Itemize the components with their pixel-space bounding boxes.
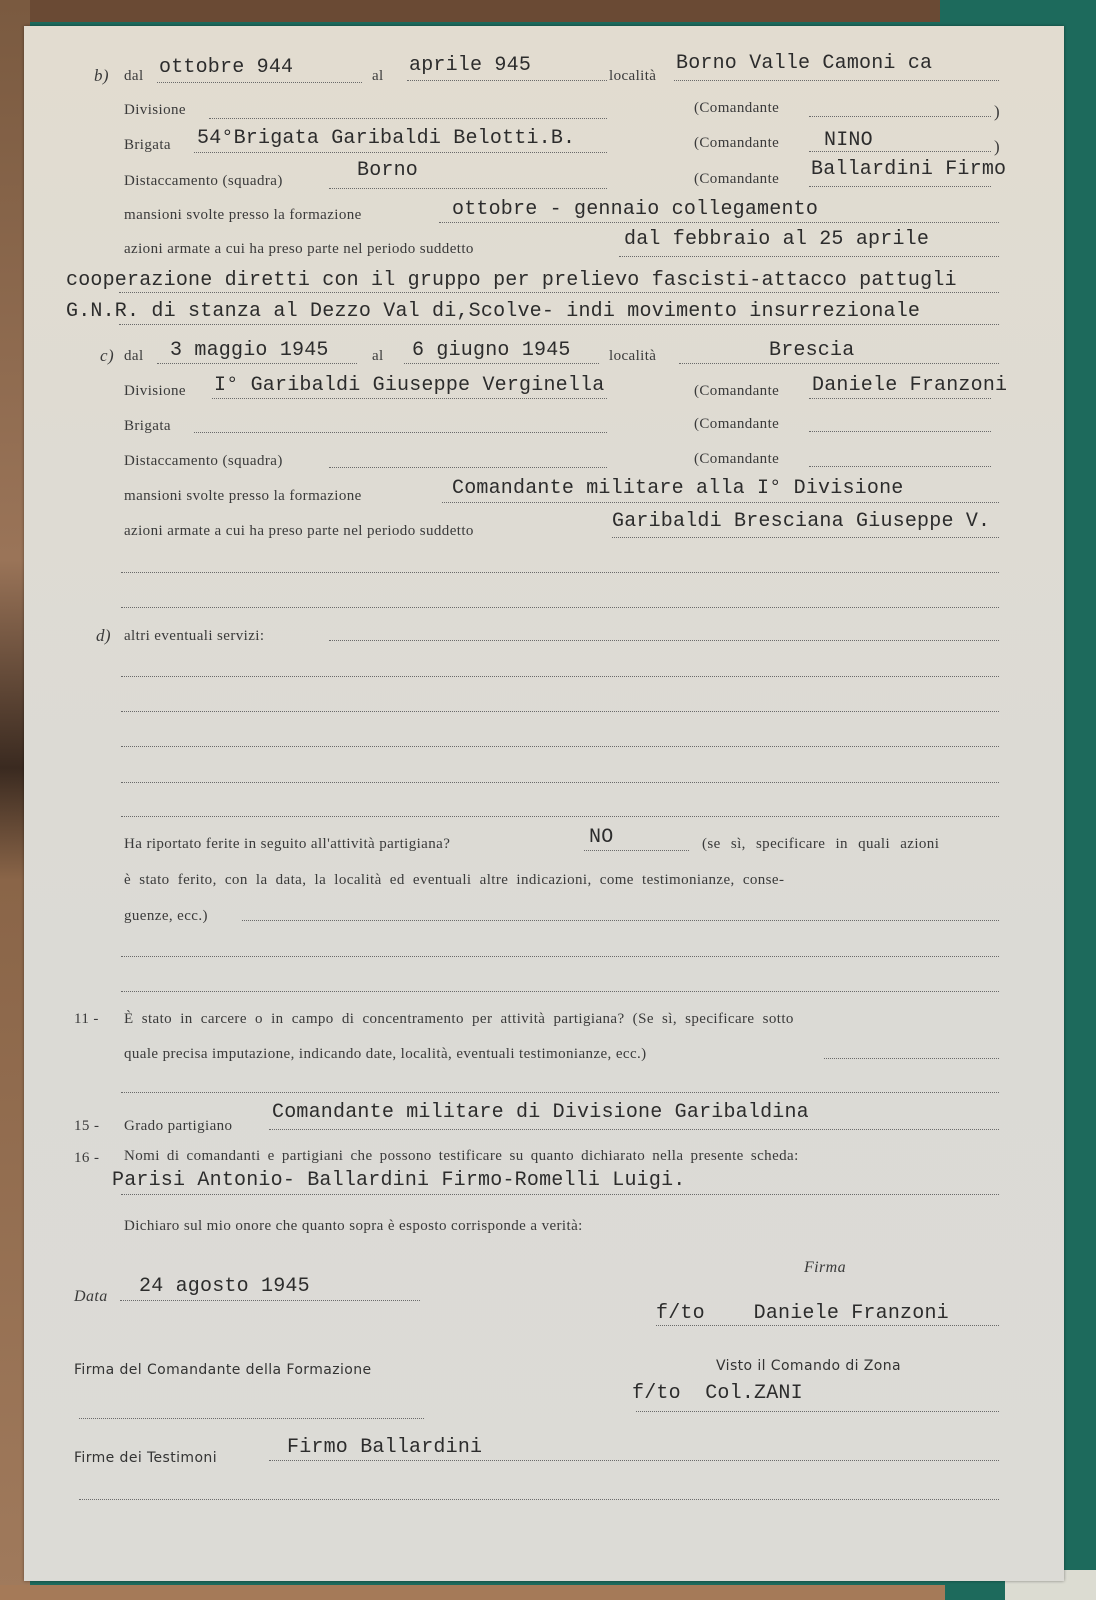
blank-line[interactable] [121, 991, 999, 992]
injury-answer[interactable]: NO [589, 826, 613, 849]
rank-label: Grado partigiano [124, 1118, 232, 1135]
field-line [119, 292, 999, 293]
field-line [439, 222, 999, 223]
field-line [636, 1411, 999, 1412]
divisione-comandante-value[interactable]: Daniele Franzoni [812, 374, 1007, 397]
field-line [619, 256, 999, 257]
section-marker: c) [100, 346, 114, 366]
dal-value[interactable]: 3 maggio 1945 [170, 339, 329, 362]
comando-zona-value[interactable]: f/to Col.ZANI [632, 1382, 803, 1405]
injury-detail: guenze, ecc.) [124, 908, 208, 925]
comandante-field[interactable] [809, 431, 991, 432]
background-folder [945, 1580, 1005, 1600]
section-marker: d) [96, 626, 111, 646]
field-line [407, 80, 607, 81]
brigata-comandante-value[interactable]: NINO [824, 129, 873, 152]
section-marker: b) [94, 66, 109, 86]
blank-line[interactable] [121, 956, 999, 957]
prison-question: quale precisa imputazione, indicando dat… [124, 1046, 647, 1063]
blank-line[interactable] [121, 816, 999, 817]
blank-line[interactable] [121, 1092, 999, 1093]
blank-line[interactable] [121, 711, 999, 712]
mansioni-label: mansioni svolte presso la formazione [124, 488, 362, 505]
field-line [194, 152, 607, 153]
comandante-label: (Comandante [694, 135, 779, 152]
field-line [157, 82, 362, 83]
injury-detail: (se sì, specificare in quali azioni [702, 836, 939, 853]
blank-line[interactable] [121, 676, 999, 677]
field-line [269, 1129, 999, 1130]
field-line [212, 398, 607, 399]
rank-value[interactable]: Comandante militare di Divisione Garibal… [272, 1101, 809, 1124]
blank-line[interactable] [121, 782, 999, 783]
dal-value[interactable]: ottobre 944 [159, 56, 293, 79]
azioni-value[interactable]: Garibaldi Bresciana Giuseppe V. [612, 510, 990, 533]
paren: ) [994, 137, 1000, 157]
al-value[interactable]: 6 giugno 1945 [412, 339, 571, 362]
field-line [157, 363, 357, 364]
mansioni-value[interactable]: Comandante militare alla I° Divisione [452, 477, 903, 500]
comandante-formazione-field[interactable] [79, 1418, 424, 1419]
declaration: Dichiaro sul mio onore che quanto sopra … [124, 1218, 583, 1235]
field-line [442, 502, 999, 503]
blank-line[interactable] [121, 607, 999, 608]
azioni-line-2[interactable]: cooperazione diretti con il gruppo per p… [66, 269, 957, 292]
question-number: 11 - [74, 1011, 99, 1028]
distaccamento-label: Distaccamento (squadra) [124, 173, 283, 190]
al-value[interactable]: aprile 945 [409, 54, 531, 77]
dal-label: dal [124, 68, 144, 85]
field-line [584, 850, 689, 851]
comando-zona-label: Visto il Comando di Zona [716, 1358, 901, 1374]
blank-line[interactable] [242, 920, 999, 921]
prison-question: È stato in carcere o in campo di concent… [124, 1011, 794, 1028]
field-line [809, 186, 991, 187]
altri-servizi-label: altri eventuali servizi: [124, 628, 264, 645]
field-line [404, 363, 599, 364]
distaccamento-label: Distaccamento (squadra) [124, 453, 283, 470]
injury-question: Ha riportato ferite in seguito all'attiv… [124, 836, 450, 853]
localita-value[interactable]: Borno Valle Camoni ca [676, 52, 932, 75]
distaccamento-comandante-value[interactable]: Ballardini Firmo [811, 158, 1006, 181]
azioni-label: azioni armate a cui ha preso parte nel p… [124, 523, 474, 540]
divisione-label: Divisione [124, 102, 186, 119]
field-line [329, 188, 607, 189]
comandante-label: (Comandante [694, 451, 779, 468]
localita-label: località [609, 68, 656, 85]
localita-label: località [609, 348, 656, 365]
mansioni-label: mansioni svolte presso la formazione [124, 207, 362, 224]
al-label: al [372, 348, 384, 365]
brigata-value[interactable]: 54°Brigata Garibaldi Belotti.B. [197, 127, 575, 150]
comandante-label: (Comandante [694, 416, 779, 433]
field-line [120, 1300, 420, 1301]
comandante-label: (Comandante [694, 100, 779, 117]
blank-line[interactable] [329, 640, 999, 641]
azioni-value[interactable]: dal febbraio al 25 aprile [624, 228, 929, 251]
firma-value[interactable]: f/to Daniele Franzoni [656, 1302, 949, 1325]
field-line [269, 1460, 999, 1461]
al-label: al [372, 68, 384, 85]
background-table-top [0, 0, 940, 22]
divisione-value[interactable]: I° Garibaldi Giuseppe Verginella [214, 374, 604, 397]
azioni-line-3[interactable]: G.N.R. di stanza al Dezzo Val di,Scolve-… [66, 300, 920, 323]
witnesses-value[interactable]: Parisi Antonio- Ballardini Firmo-Romelli… [112, 1169, 686, 1192]
data-value[interactable]: 24 agosto 1945 [139, 1275, 310, 1298]
brigata-field[interactable] [194, 432, 607, 433]
testimoni-label: Firme dei Testimoni [74, 1450, 217, 1466]
firma-label: Firma [804, 1259, 846, 1277]
mansioni-value[interactable]: ottobre - gennaio collegamento [452, 198, 818, 221]
comandante-formazione-label: Firma del Comandante della Formazione [74, 1362, 372, 1378]
form-sheet: b) dal ottobre 944 al aprile 945 localit… [24, 26, 1064, 1581]
distaccamento-value[interactable]: Borno [357, 159, 418, 182]
blank-line[interactable] [79, 1499, 999, 1500]
brigata-label: Brigata [124, 418, 171, 435]
field-line [809, 398, 991, 399]
field-line [119, 324, 999, 325]
field-line [809, 151, 991, 152]
dal-label: dal [124, 348, 144, 365]
localita-value[interactable]: Brescia [769, 339, 854, 362]
field-line [656, 1325, 999, 1326]
field-line [674, 80, 999, 81]
blank-line[interactable] [824, 1058, 999, 1059]
question-number: 16 - [74, 1150, 99, 1167]
injury-detail: è stato ferito, con la data, la località… [124, 872, 784, 889]
comandante-field[interactable] [809, 466, 991, 467]
blank-line[interactable] [121, 746, 999, 747]
comandante-label: (Comandante [694, 171, 779, 188]
field-line [679, 363, 999, 364]
divisione-field[interactable] [209, 118, 607, 119]
witnesses-question: Nomi di comandanti e partigiani che poss… [124, 1148, 799, 1165]
question-number: 15 - [74, 1118, 99, 1135]
data-label: Data [74, 1288, 108, 1306]
azioni-label: azioni armate a cui ha preso parte nel p… [124, 241, 474, 258]
comandante-field[interactable] [809, 116, 991, 117]
comandante-label: (Comandante [694, 383, 779, 400]
distaccamento-field[interactable] [329, 467, 607, 468]
blank-line[interactable] [121, 572, 999, 573]
brigata-label: Brigata [124, 137, 171, 154]
background-table-bottom [0, 1585, 1096, 1600]
paren: ) [994, 102, 1000, 122]
field-line [612, 537, 999, 538]
field-line [121, 1194, 999, 1195]
testimoni-value[interactable]: Firmo Ballardini [287, 1436, 482, 1459]
divisione-label: Divisione [124, 383, 186, 400]
